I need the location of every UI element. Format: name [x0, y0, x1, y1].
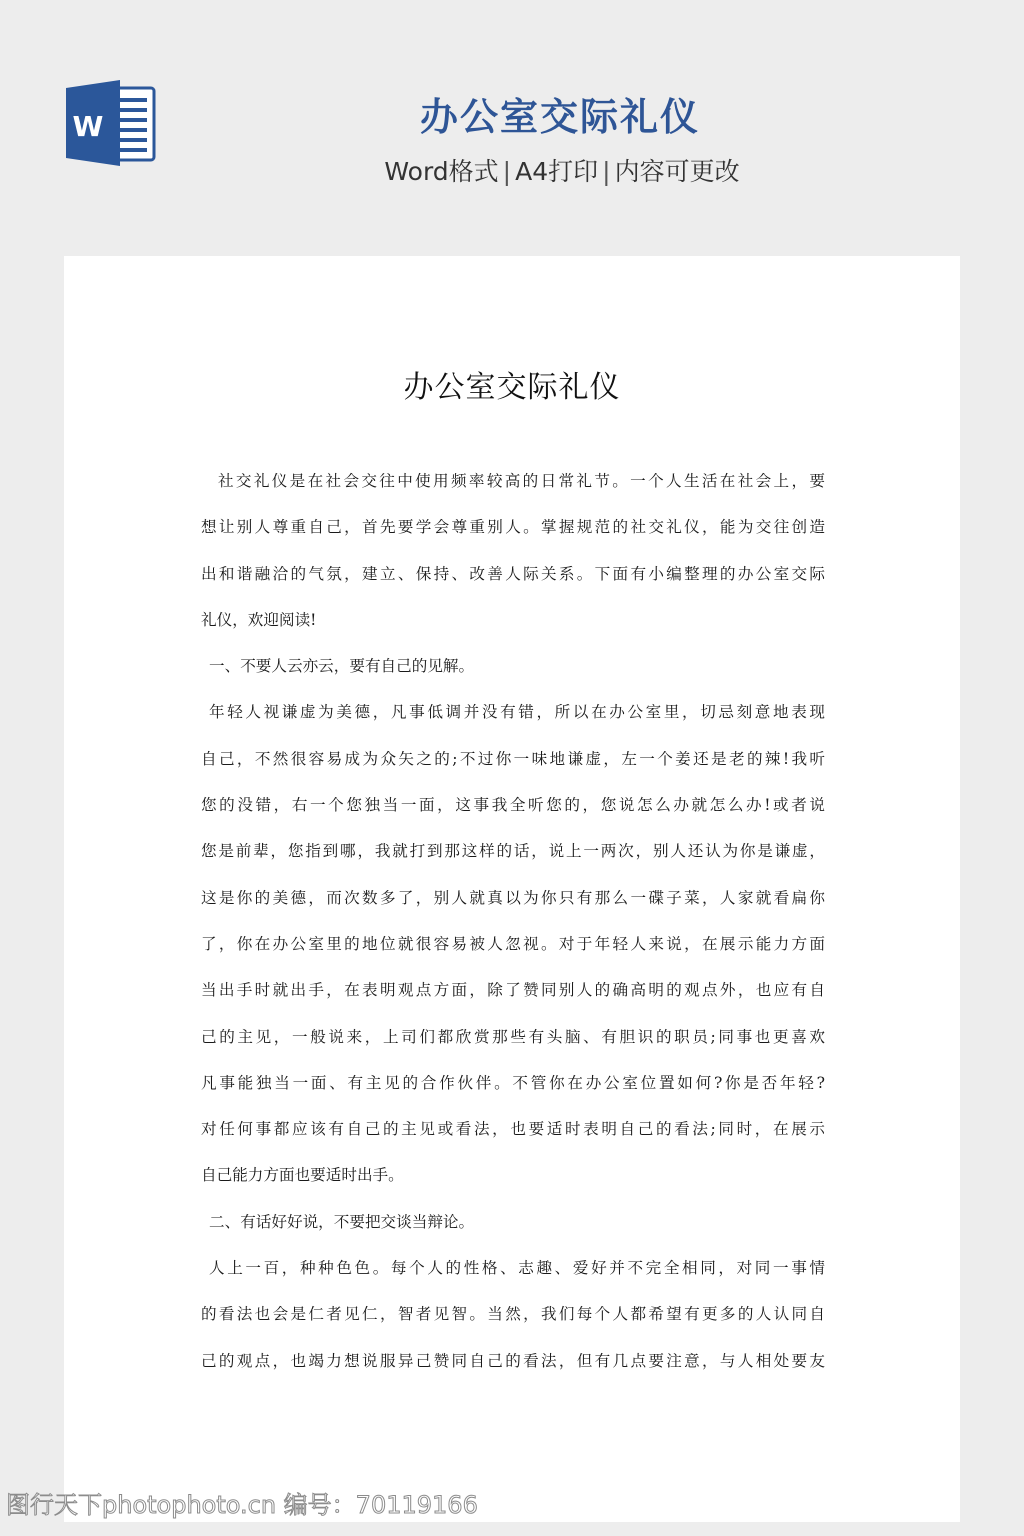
paragraph-line: 想让别人尊重自己，首先要学会尊重别人。掌握规范的社交礼仪，能为交往创造 — [201, 504, 825, 550]
paragraph-line: 礼仪，欢迎阅读! — [201, 597, 825, 643]
paragraph-line: 社交礼仪是在社会交往中使用频率较高的日常礼节。一个人生活在社会上，要 — [201, 458, 825, 504]
print-label: A4打印 — [515, 157, 598, 186]
section-heading: 二、有话好好说，不要把交谈当辩论。 — [201, 1199, 825, 1245]
banner-title: 办公室交际礼仪 — [0, 92, 1024, 142]
document-title: 办公室交际礼仪 — [0, 360, 1024, 416]
paragraph-line: 出和谐融洽的气氛，建立、保持、改善人际关系。下面有小编整理的办公室交际 — [201, 551, 825, 597]
paragraph-line: 您是前辈，您指到哪，我就打到那这样的话，说上一两次，别人还认为你是谦虚， — [201, 828, 825, 874]
template-banner: W 办公室交际礼仪 Word格式|A4打印|内容可更改 — [0, 0, 1024, 256]
paragraph-line: 人上一百，种种色色。每个人的性格、志趣、爱好并不完全相同，对同一事情 — [201, 1245, 825, 1291]
watermark: 图行天下photophoto.cn 编号：70119166 — [6, 1490, 478, 1520]
paragraph-line: 当出手时就出手，在表明观点方面，除了赞同别人的确高明的观点外，也应有自 — [201, 967, 825, 1013]
paragraph-line: 自己能力方面也要适时出手。 — [201, 1152, 825, 1198]
section-heading: 一、不要人云亦云，要有自己的见解。 — [201, 643, 825, 689]
paragraph-line: 自己，不然很容易成为众矢之的;不过你一味地谦虚，左一个姜还是老的辣!我听 — [201, 736, 825, 782]
paragraph-line: 您的没错，右一个您独当一面，这事我全听您的，您说怎么办就怎么办!或者说 — [201, 782, 825, 828]
paragraph-line: 年轻人视谦虚为美德，凡事低调并没有错，所以在办公室里，切忌刻意地表现 — [201, 689, 825, 735]
document-body: 社交礼仪是在社会交往中使用频率较高的日常礼节。一个人生活在社会上，要想让别人尊重… — [201, 458, 825, 1384]
banner-subtitle: Word格式|A4打印|内容可更改 — [0, 152, 1024, 192]
paragraph-line: 对任何事都应该有自己的主见或看法，也要适时表明自己的看法;同时，在展示 — [201, 1106, 825, 1152]
editable-label: 内容可更改 — [615, 157, 740, 186]
separator: | — [503, 157, 511, 186]
paragraph-line: 的看法也会是仁者见仁，智者见智。当然，我们每个人都希望有更多的人认同自 — [201, 1291, 825, 1337]
paragraph-line: 了，你在办公室里的地位就很容易被人忽视。对于年轻人来说，在展示能力方面 — [201, 921, 825, 967]
paragraph-line: 凡事能独当一面、有主见的合作伙伴。不管你在办公室位置如何?你是否年轻? — [201, 1060, 825, 1106]
paragraph-line: 这是你的美德，而次数多了，别人就真以为你只有那么一碟子菜，人家就看扁你 — [201, 875, 825, 921]
paragraph-line: 己的主见，一般说来，上司们都欣赏那些有头脑、有胆识的职员;同事也更喜欢 — [201, 1014, 825, 1060]
separator: | — [602, 157, 610, 186]
format-label: Word格式 — [384, 157, 498, 186]
paragraph-line: 己的观点，也竭力想说服异己赞同自己的看法，但有几点要注意，与人相处要友 — [201, 1338, 825, 1384]
